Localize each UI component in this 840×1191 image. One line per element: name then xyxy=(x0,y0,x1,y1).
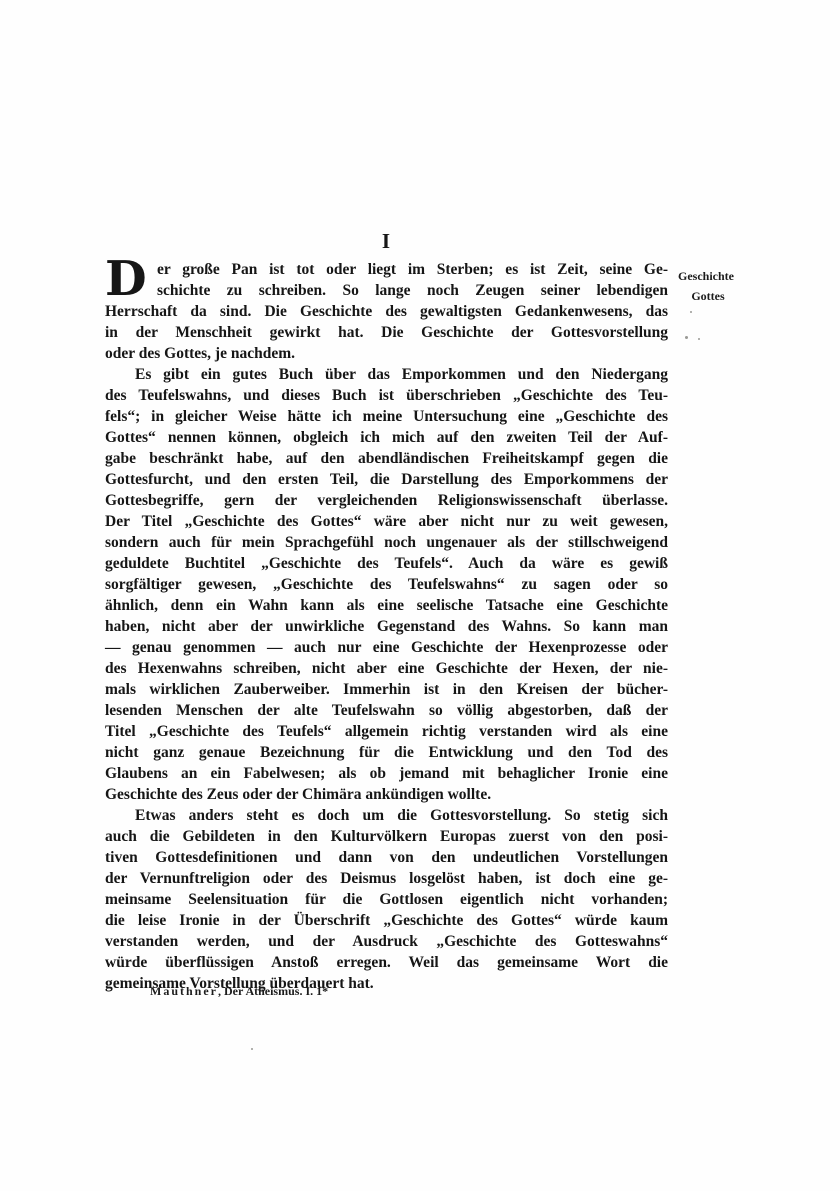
text-line: schichte zu schreiben. So lange noch Zeu… xyxy=(105,280,668,301)
text-line: nicht ganz genaue Bezeichnung für die En… xyxy=(105,742,668,763)
chapter-heading: I xyxy=(105,229,668,254)
text-line: würde überflüssigen Anstoß erregen. Weil… xyxy=(105,952,668,973)
paragraph: Es gibt ein gutes Buch über das Emporkom… xyxy=(105,364,668,805)
text-line: sorgfältiger gewesen, „Geschichte des Te… xyxy=(105,574,668,595)
text-line: des Teufelswahns, und dieses Buch ist üb… xyxy=(105,385,668,406)
text-line: Geschichte des Zeus oder der Chimära ank… xyxy=(105,784,668,805)
text-line: Gottesfurcht, und den ersten Teil, die D… xyxy=(105,469,668,490)
text-line: er große Pan ist tot oder liegt im Sterb… xyxy=(105,259,668,280)
text-line: oder des Gottes, je nachdem. xyxy=(105,343,668,364)
book-page: I Der große Pan ist tot oder liegt im St… xyxy=(0,0,840,1191)
footer-signature: Mauthner, Der Atheismus. I. 1* xyxy=(150,984,328,999)
text-line: meinsame Seelensituation für die Gottlos… xyxy=(105,889,668,910)
drop-cap-initial: D xyxy=(105,260,157,300)
text-line: — genau genommen — auch nur eine Geschic… xyxy=(105,637,668,658)
text-line: Glaubens an ein Fabelwesen; als ob jeman… xyxy=(105,763,668,784)
text-line: mals wirklichen Zauberweiber. Immerhin i… xyxy=(105,679,668,700)
text-line: tiven Gottesdefinitionen und dann von de… xyxy=(105,847,668,868)
text-line: Der Titel „Geschichte des Gottes“ wäre a… xyxy=(105,511,668,532)
text-line: Titel „Geschichte des Teufels“ allgemein… xyxy=(105,721,668,742)
scan-speck xyxy=(698,338,700,340)
margin-note-line-1: Geschichte xyxy=(678,266,738,286)
text-line: die leise Ironie in der Überschrift „Ges… xyxy=(105,910,668,931)
paragraph: Etwas anders steht es doch um die Gottes… xyxy=(105,805,668,994)
text-line: der Vernunftreligion oder des Deismus lo… xyxy=(105,868,668,889)
text-line: sondern auch für mein Sprachgefühl noch … xyxy=(105,532,668,553)
paragraph: Der große Pan ist tot oder liegt im Ster… xyxy=(105,259,668,364)
text-line: ähnlich, denn ein Wahn kann als eine see… xyxy=(105,595,668,616)
scan-speck xyxy=(685,336,688,339)
text-line: des Hexenwahns schreiben, nicht aber ein… xyxy=(105,658,668,679)
scan-speck xyxy=(690,311,692,313)
margin-note: Geschichte Gottes xyxy=(678,266,738,306)
body-text: Der große Pan ist tot oder liegt im Ster… xyxy=(105,259,668,994)
text-line: in der Menschheit gewirkt hat. Die Gesch… xyxy=(105,322,668,343)
text-line: lesenden Menschen der alte Teufelswahn s… xyxy=(105,700,668,721)
text-line: auch die Gebildeten in den Kulturvölkern… xyxy=(105,826,668,847)
text-line: fels“; in gleicher Weise hätte ich meine… xyxy=(105,406,668,427)
text-line: gabe beschränkt habe, auf den abendländi… xyxy=(105,448,668,469)
footer-author: Mauthner xyxy=(150,984,218,998)
footer-text: , Der Atheismus. I. 1* xyxy=(218,984,328,998)
text-line: geduldete Buchtitel „Geschichte des Teuf… xyxy=(105,553,668,574)
text-line: Herrschaft da sind. Die Geschichte des g… xyxy=(105,301,668,322)
text-line: haben, nicht aber der unwirkliche Gegens… xyxy=(105,616,668,637)
scan-speck xyxy=(251,1048,253,1050)
margin-note-line-2: Gottes xyxy=(678,286,738,306)
text-line: Gottes“ nennen können, obgleich ich mich… xyxy=(105,427,668,448)
text-line: Es gibt ein gutes Buch über das Emporkom… xyxy=(105,364,668,385)
text-line: verstanden werden, und der Ausdruck „Ges… xyxy=(105,931,668,952)
text-line: Gottesbegriffe, gern der vergleichenden … xyxy=(105,490,668,511)
text-line: Etwas anders steht es doch um die Gottes… xyxy=(105,805,668,826)
